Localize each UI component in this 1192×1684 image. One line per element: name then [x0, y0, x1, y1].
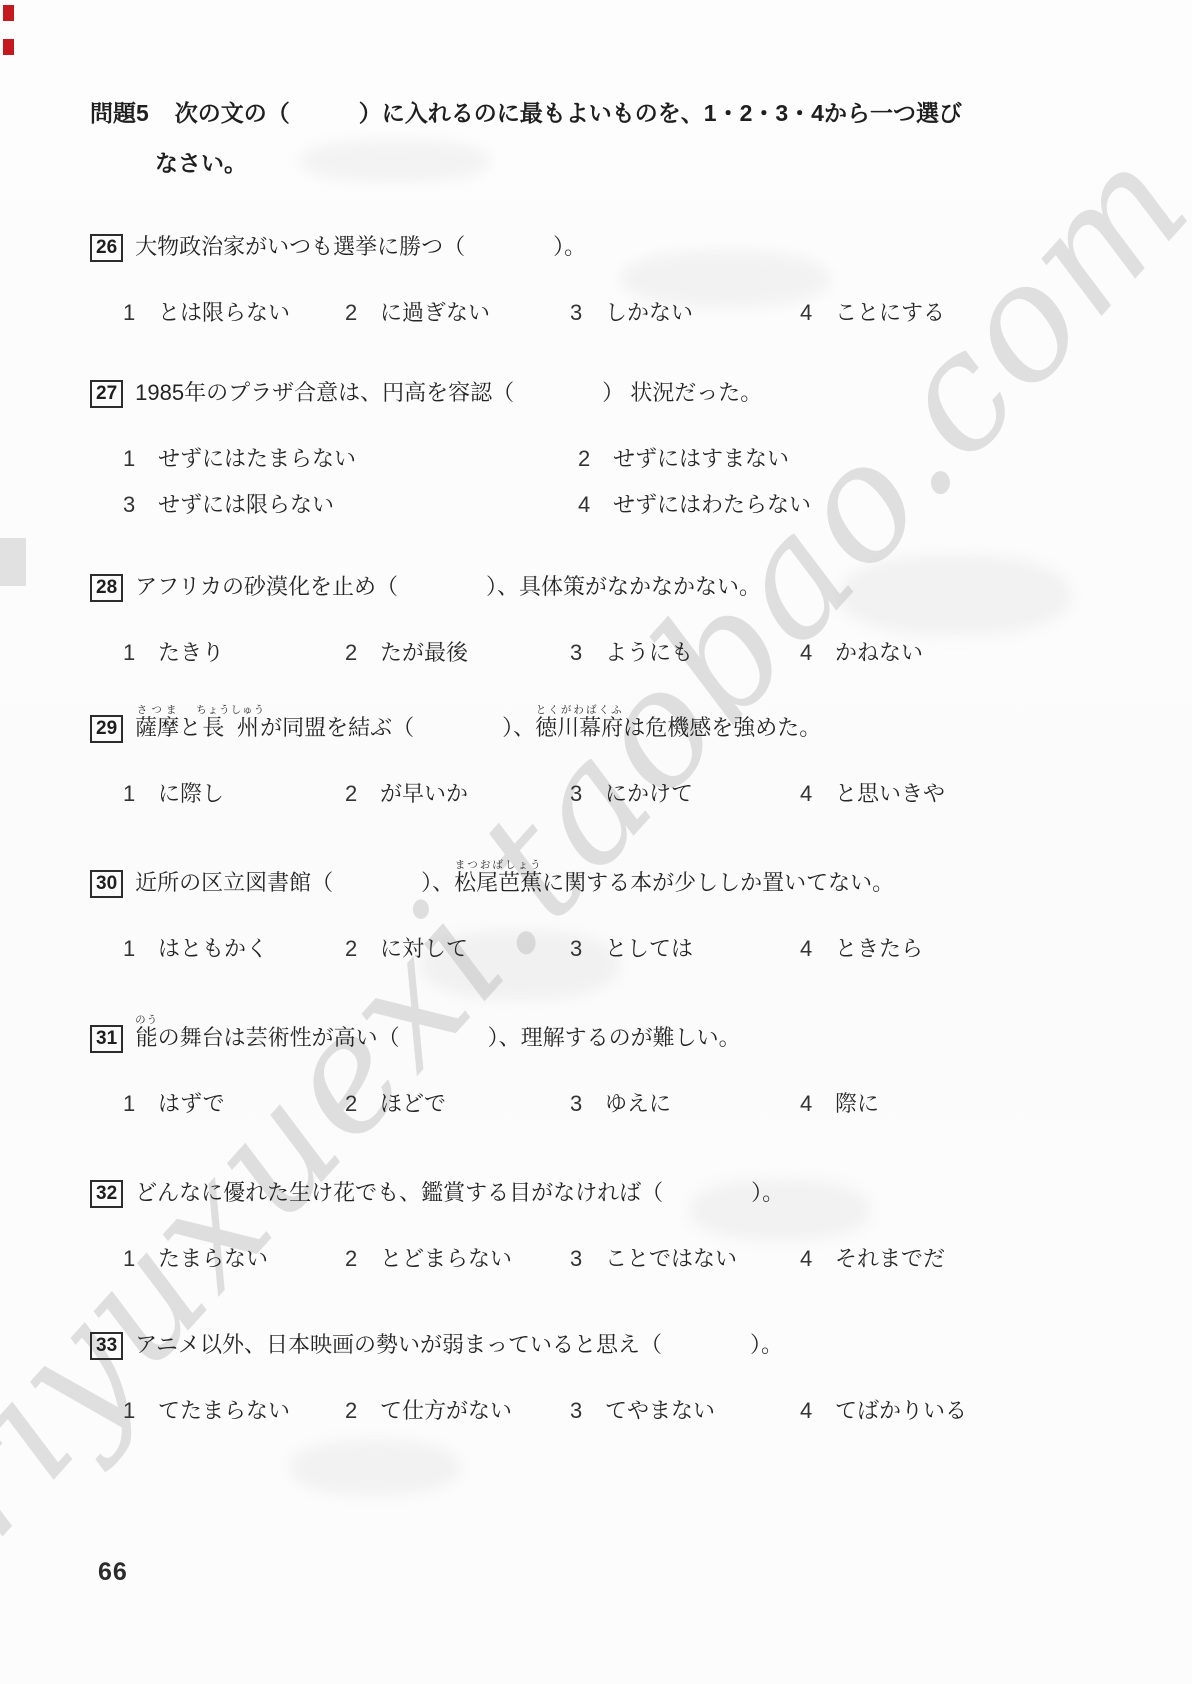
option-number: 4: [800, 936, 815, 962]
options-row: 1はずで2ほどで3ゆえに4際に: [90, 1087, 1162, 1118]
question-text: 薩摩さつまと長州ちょうしゅうが同盟を結ぶ（ ）、徳川幕府とくがわばくふは危機感を…: [135, 715, 821, 740]
option-label: が早いか: [380, 781, 468, 806]
question-sentence: 28アフリカの砂漠化を止め（ ）、具体策がなかなかない。: [90, 572, 1162, 602]
option-label: せずにはたまらない: [158, 446, 356, 471]
problem-number-label: 問題5: [90, 100, 149, 126]
question-sentence: 32どんなに優れた生け花でも、鑑賞する目がなければ（ ）。: [90, 1178, 1162, 1208]
question-number-box: 29: [90, 715, 123, 743]
question-number-box: 31: [90, 1025, 123, 1053]
question-sentence: 26大物政治家がいつも選挙に勝つ（ ）。: [90, 232, 1162, 262]
option-31-3: 3ゆえに: [570, 1087, 800, 1118]
option-number: 2: [578, 446, 593, 472]
question-text: アフリカの砂漠化を止め（ ）、具体策がなかなかない。: [135, 574, 761, 599]
scan-artifact: [0, 538, 26, 586]
option-number: 4: [578, 492, 593, 518]
option-30-2: 2に対して: [345, 932, 570, 963]
question-block: 32どんなに優れた生け花でも、鑑賞する目がなければ（ ）。 1たまらない2とどま…: [90, 1178, 1162, 1273]
red-edge-mark: [3, 5, 14, 21]
question-block: 29薩摩さつまと長州ちょうしゅうが同盟を結ぶ（ ）、徳川幕府とくがわばくふは危機…: [90, 704, 1162, 808]
option-label: ほどで: [380, 1091, 446, 1116]
option-number: 1: [123, 1398, 138, 1424]
options-row: 1せずにはたまらない2せずにはすまない3せずには限らない4せずにはわたらない: [90, 442, 1162, 519]
question-block: 28アフリカの砂漠化を止め（ ）、具体策がなかなかない。 1たきり2たが最後3よ…: [90, 572, 1162, 667]
option-26-2: 2に過ぎない: [345, 296, 570, 327]
question-number-box: 26: [90, 234, 123, 262]
option-label: かねない: [835, 640, 923, 665]
option-31-2: 2ほどで: [345, 1087, 570, 1118]
question-sentence: 30近所の区立図書館（ ）、松尾芭蕉まつおばしょうに関する本が少ししか置いてない…: [90, 859, 1162, 898]
option-label: ときたら: [835, 936, 923, 961]
option-number: 3: [570, 781, 585, 807]
question-sentence: 271985年のプラザ合意は、円高を容認（ ） 状況だった。: [90, 378, 1162, 408]
page-number: 66: [98, 1558, 128, 1587]
question-block: 271985年のプラザ合意は、円高を容認（ ） 状況だった。 1せずにはたまらな…: [90, 378, 1162, 519]
option-label: はともかく: [158, 936, 268, 961]
option-number: 1: [123, 300, 138, 326]
option-number: 2: [345, 781, 360, 807]
question-number-box: 32: [90, 1180, 123, 1208]
option-27-1: 1せずにはたまらない: [123, 442, 578, 473]
option-number: 1: [123, 640, 138, 666]
option-number: 3: [570, 1091, 585, 1117]
option-label: はずで: [158, 1091, 225, 1116]
option-number: 2: [345, 1398, 360, 1424]
question-number-box: 30: [90, 870, 123, 898]
option-number: 2: [345, 640, 360, 666]
option-31-4: 4際に: [800, 1087, 1162, 1118]
option-33-3: 3てやまない: [570, 1394, 800, 1425]
options-row: 1に際し2が早いか3にかけて4と思いきや: [90, 777, 1162, 808]
problem-instruction-line2: なさい。: [155, 145, 962, 178]
question-number-box: 27: [90, 380, 123, 408]
option-32-2: 2とどまらない: [345, 1242, 570, 1273]
question-block: 33アニメ以外、日本映画の勢いが弱まっていると思え（ ）。 1てたまらない2て仕…: [90, 1330, 1162, 1425]
option-number: 3: [123, 492, 138, 518]
option-number: 1: [123, 936, 138, 962]
option-number: 3: [570, 936, 585, 962]
option-label: て仕方がない: [380, 1398, 512, 1423]
option-28-4: 4かねない: [800, 636, 1162, 667]
options-row: 1たきり2たが最後3ようにも4かねない: [90, 636, 1162, 667]
option-label: てばかりいる: [835, 1398, 967, 1423]
option-label: たきり: [158, 640, 224, 665]
option-33-4: 4てばかりいる: [800, 1394, 1162, 1425]
option-29-2: 2が早いか: [345, 777, 570, 808]
option-26-1: 1とは限らない: [123, 296, 345, 327]
option-label: てやまない: [605, 1398, 715, 1423]
option-32-1: 1たまらない: [123, 1242, 345, 1273]
problem-instruction-line1: 問題5次の文の（ ）に入れるのに最もよいものを、1・2・3・4から一つ選び: [90, 95, 962, 128]
option-29-4: 4と思いきや: [800, 777, 1162, 808]
option-30-4: 4ときたら: [800, 932, 1162, 963]
red-edge-mark: [3, 39, 14, 55]
option-32-4: 4それまでだ: [800, 1242, 1162, 1273]
option-label: に際し: [158, 781, 224, 806]
question-text: アニメ以外、日本映画の勢いが弱まっていると思え（ ）。: [135, 1332, 783, 1357]
option-label: しかない: [605, 300, 693, 325]
option-29-1: 1に際し: [123, 777, 345, 808]
option-number: 2: [345, 936, 360, 962]
option-number: 1: [123, 446, 138, 472]
options-row: 1はともかく2に対して3としては4ときたら: [90, 932, 1162, 963]
option-32-3: 3ことではない: [570, 1242, 800, 1273]
option-number: 2: [345, 1091, 360, 1117]
option-number: 4: [800, 300, 815, 326]
option-28-3: 3ようにも: [570, 636, 800, 667]
option-label: としては: [605, 936, 693, 961]
option-number: 1: [123, 781, 138, 807]
option-label: せずにはすまない: [613, 446, 789, 471]
option-label: と思いきや: [835, 781, 945, 806]
option-33-2: 2て仕方がない: [345, 1394, 570, 1425]
option-27-3: 3せずには限らない: [123, 488, 578, 519]
option-30-3: 3としては: [570, 932, 800, 963]
option-label: たまらない: [158, 1246, 268, 1271]
option-label: せずにはわたらない: [613, 492, 811, 517]
question-text: 大物政治家がいつも選挙に勝つ（ ）。: [135, 234, 586, 259]
options-row: 1たまらない2とどまらない3ことではない4それまでだ: [90, 1242, 1162, 1273]
option-26-4: 4ことにする: [800, 296, 1162, 327]
option-26-3: 3しかない: [570, 296, 800, 327]
option-number: 4: [800, 1091, 815, 1117]
question-block: 30近所の区立図書館（ ）、松尾芭蕉まつおばしょうに関する本が少ししか置いてない…: [90, 859, 1162, 963]
option-number: 3: [570, 1246, 585, 1272]
option-label: とは限らない: [158, 300, 290, 325]
option-28-1: 1たきり: [123, 636, 345, 667]
option-30-1: 1はともかく: [123, 932, 345, 963]
question-text: 近所の区立図書館（ ）、松尾芭蕉まつおばしょうに関する本が少ししか置いてない。: [135, 870, 894, 895]
problem-header: 問題5次の文の（ ）に入れるのに最もよいものを、1・2・3・4から一つ選び なさ…: [90, 95, 962, 178]
option-label: とどまらない: [380, 1246, 512, 1271]
option-29-3: 3にかけて: [570, 777, 800, 808]
question-text: どんなに優れた生け花でも、鑑賞する目がなければ（ ）。: [135, 1180, 784, 1205]
option-label: に過ぎない: [380, 300, 490, 325]
option-31-1: 1はずで: [123, 1087, 345, 1118]
question-block: 31能のうの舞台は芸術性が高い（ ）、理解するのが難しい。 1はずで2ほどで3ゆ…: [90, 1014, 1162, 1118]
option-label: せずには限らない: [158, 492, 334, 517]
option-number: 4: [800, 781, 815, 807]
option-number: 1: [123, 1091, 138, 1117]
option-label: 際に: [835, 1091, 879, 1116]
question-block: 26大物政治家がいつも選挙に勝つ（ ）。 1とは限らない2に過ぎない3しかない4…: [90, 232, 1162, 327]
option-label: にかけて: [605, 781, 693, 806]
option-27-2: 2せずにはすまない: [578, 442, 1162, 473]
option-label: ようにも: [605, 640, 693, 665]
option-27-4: 4せずにはわたらない: [578, 488, 1162, 519]
option-number: 3: [570, 1398, 585, 1424]
problem-instruction-text: 次の文の（ ）に入れるのに最もよいものを、1・2・3・4から一つ選び: [175, 100, 962, 126]
question-number-box: 33: [90, 1332, 123, 1360]
option-33-1: 1てたまらない: [123, 1394, 345, 1425]
option-label: それまでだ: [835, 1246, 945, 1271]
option-number: 3: [570, 640, 585, 666]
option-label: てたまらない: [158, 1398, 290, 1423]
option-number: 4: [800, 1246, 815, 1272]
question-number-box: 28: [90, 574, 123, 602]
options-row: 1てたまらない2て仕方がない3てやまない4てばかりいる: [90, 1394, 1162, 1425]
question-text: 能のうの舞台は芸術性が高い（ ）、理解するのが難しい。: [135, 1025, 741, 1050]
question-sentence: 33アニメ以外、日本映画の勢いが弱まっていると思え（ ）。: [90, 1330, 1162, 1360]
question-text: 1985年のプラザ合意は、円高を容認（ ） 状況だった。: [135, 380, 762, 405]
question-sentence: 31能のうの舞台は芸術性が高い（ ）、理解するのが難しい。: [90, 1014, 1162, 1053]
option-number: 2: [345, 300, 360, 326]
options-row: 1とは限らない2に過ぎない3しかない4ことにする: [90, 296, 1162, 327]
option-number: 3: [570, 300, 585, 326]
option-number: 2: [345, 1246, 360, 1272]
option-label: ことにする: [835, 300, 945, 325]
option-label: ゆえに: [605, 1091, 671, 1116]
option-label: に対して: [380, 936, 468, 961]
option-number: 4: [800, 640, 815, 666]
question-sentence: 29薩摩さつまと長州ちょうしゅうが同盟を結ぶ（ ）、徳川幕府とくがわばくふは危機…: [90, 704, 1162, 743]
option-number: 1: [123, 1246, 138, 1272]
option-28-2: 2たが最後: [345, 636, 570, 667]
option-label: たが最後: [380, 640, 468, 665]
scan-artifact: [290, 1440, 460, 1495]
option-label: ことではない: [605, 1246, 737, 1271]
scanned-test-page: riyuxuexi.taobao.com 問題5次の文の（ ）に入れるのに最もよ…: [0, 0, 1192, 1684]
option-number: 4: [800, 1398, 815, 1424]
